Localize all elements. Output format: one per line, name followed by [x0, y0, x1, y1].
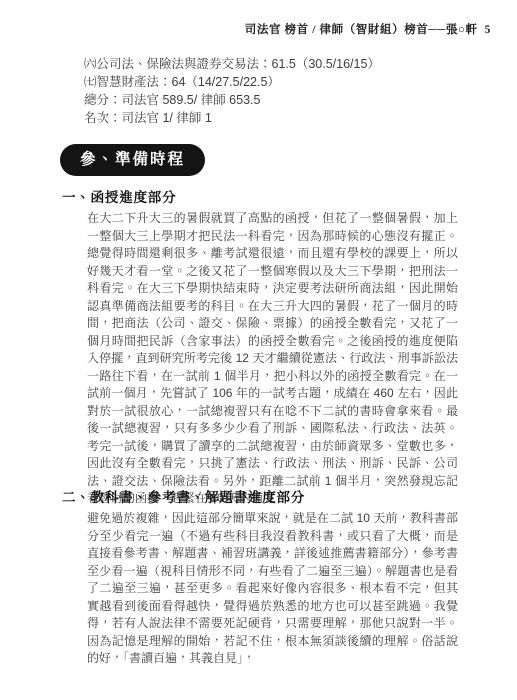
running-head: 司法官 榜首 / 律師（智財組）榜首──張○軒5 [245, 21, 491, 37]
score-line: 名次：司法官 1/ 律師 1 [84, 109, 464, 127]
section-body: 避免過於複雜，因此這部分簡單來說，就是在二試 10 天前，教科書部分至少看完一遍… [87, 510, 458, 668]
score-list: ㈥公司法、保險法與證券交易法：61.5（30.5/16/15） ㈦智慧財產法：6… [84, 55, 464, 127]
section-books-progress: 二、教科書、參考書、解題書進度部分 避免過於複雜，因此這部分簡單來說，就是在二試… [62, 486, 458, 668]
section-banner-label: 參、準備時程 [80, 151, 185, 168]
running-head-title: 司法官 榜首 / 律師（智財組）榜首──張○軒 [245, 24, 478, 36]
score-line: ㈥公司法、保險法與證券交易法：61.5（30.5/16/15） [84, 55, 464, 73]
section-banner: 參、準備時程 [60, 144, 205, 176]
score-line: 總分：司法官 589.5/ 律師 653.5 [84, 91, 464, 109]
book-page: 司法官 榜首 / 律師（智財組）榜首──張○軒5 ㈥公司法、保險法與證券交易法：… [0, 0, 517, 700]
section-correspondence-progress: 一、函授進度部分 在大二下升大三的暑假就買了高點的函授，但花了一整個暑假，加上一… [62, 186, 458, 508]
score-line: ㈦智慧財產法：64（14/27.5/22.5） [84, 73, 464, 91]
section-body: 在大二下升大三的暑假就買了高點的函授，但花了一整個暑假，加上一整個大三上學期才把… [87, 210, 458, 508]
section-heading: 一、函授進度部分 [62, 186, 458, 206]
section-heading: 二、教科書、參考書、解題書進度部分 [62, 486, 458, 506]
page-number: 5 [485, 24, 491, 36]
